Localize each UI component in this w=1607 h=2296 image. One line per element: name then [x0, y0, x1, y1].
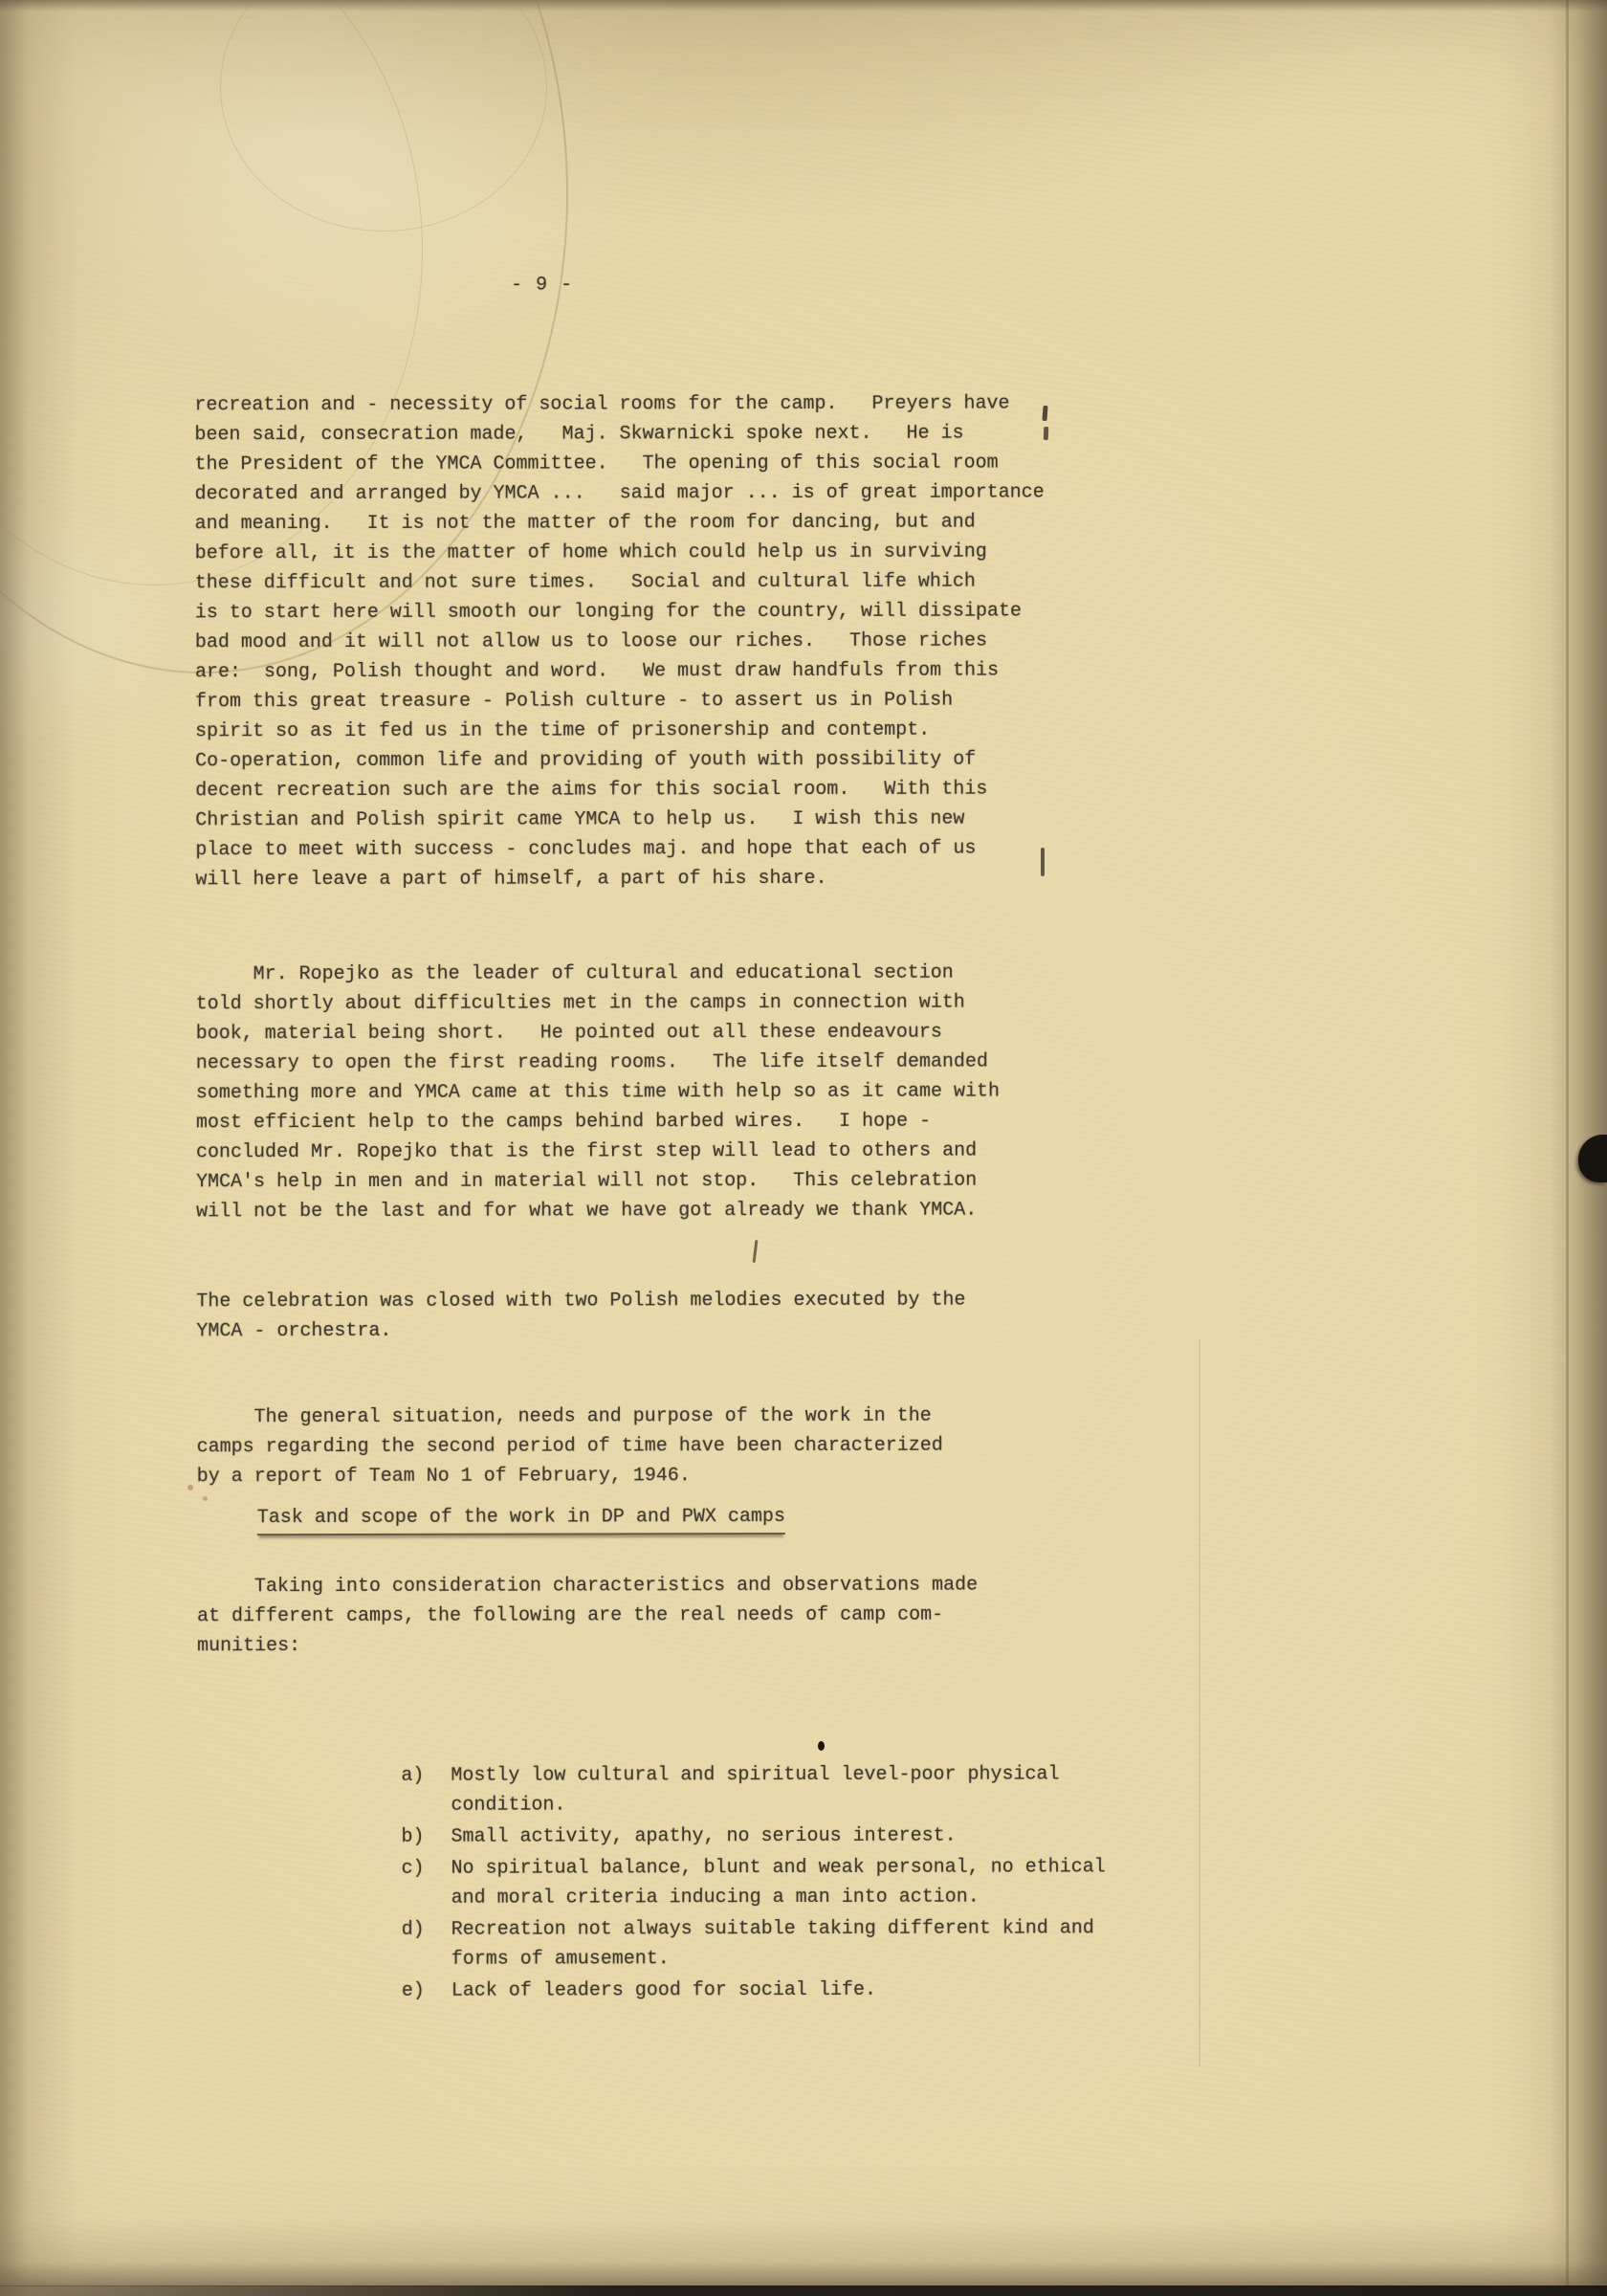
- list-text: No spiritual balance, blunt and weak per…: [451, 1852, 1106, 1912]
- list-item: c) No spiritual balance, blunt and weak …: [402, 1852, 1106, 1913]
- list-item: e) Lack of leaders good for social life.: [402, 1975, 1106, 2006]
- section-heading: Task and scope of the work in DP and PWX…: [257, 1502, 785, 1535]
- scanned-page: - 9 - recreation and - necessity of soci…: [0, 0, 1607, 2296]
- paragraph-general-situation: The general situation, needs and purpose…: [197, 1402, 943, 1492]
- list-text: Lack of leaders good for social life.: [451, 1976, 876, 2006]
- list-text: Recreation not always suitable taking di…: [451, 1913, 1094, 1974]
- paragraph-ropejko-speech: Mr. Ropejko as the leader of cultural an…: [196, 959, 1001, 1227]
- list-item: b) Small activity, apathy, no serious in…: [401, 1821, 1105, 1852]
- list-marker: b): [401, 1822, 451, 1852]
- list-marker: c): [402, 1854, 451, 1913]
- list-marker: d): [402, 1915, 451, 1975]
- paragraph-taking-into-consideration: Taking into consideration characteristic…: [197, 1571, 978, 1662]
- needs-list: a) Mostly low cultural and spiritual lev…: [401, 1759, 1106, 2008]
- list-text: Small activity, apathy, no serious inter…: [451, 1821, 956, 1852]
- paragraph-celebration-closed: The celebration was closed with two Poli…: [196, 1286, 965, 1347]
- list-marker: a): [401, 1761, 451, 1821]
- list-marker: e): [402, 1976, 451, 2006]
- list-text: Mostly low cultural and spiritual level-…: [451, 1759, 1059, 1820]
- page-number: - 9 -: [511, 271, 573, 300]
- list-item: d) Recreation not always suitable taking…: [402, 1913, 1106, 1975]
- bottom-shadow: [0, 2262, 1607, 2286]
- paragraph-social-room-speech: recreation and - necessity of social roo…: [194, 388, 1045, 894]
- scan-bottom-edge: [0, 2285, 1607, 2296]
- list-item: a) Mostly low cultural and spiritual lev…: [401, 1759, 1105, 1821]
- typewritten-text: - 9 - recreation and - necessity of soci…: [0, 0, 1607, 2296]
